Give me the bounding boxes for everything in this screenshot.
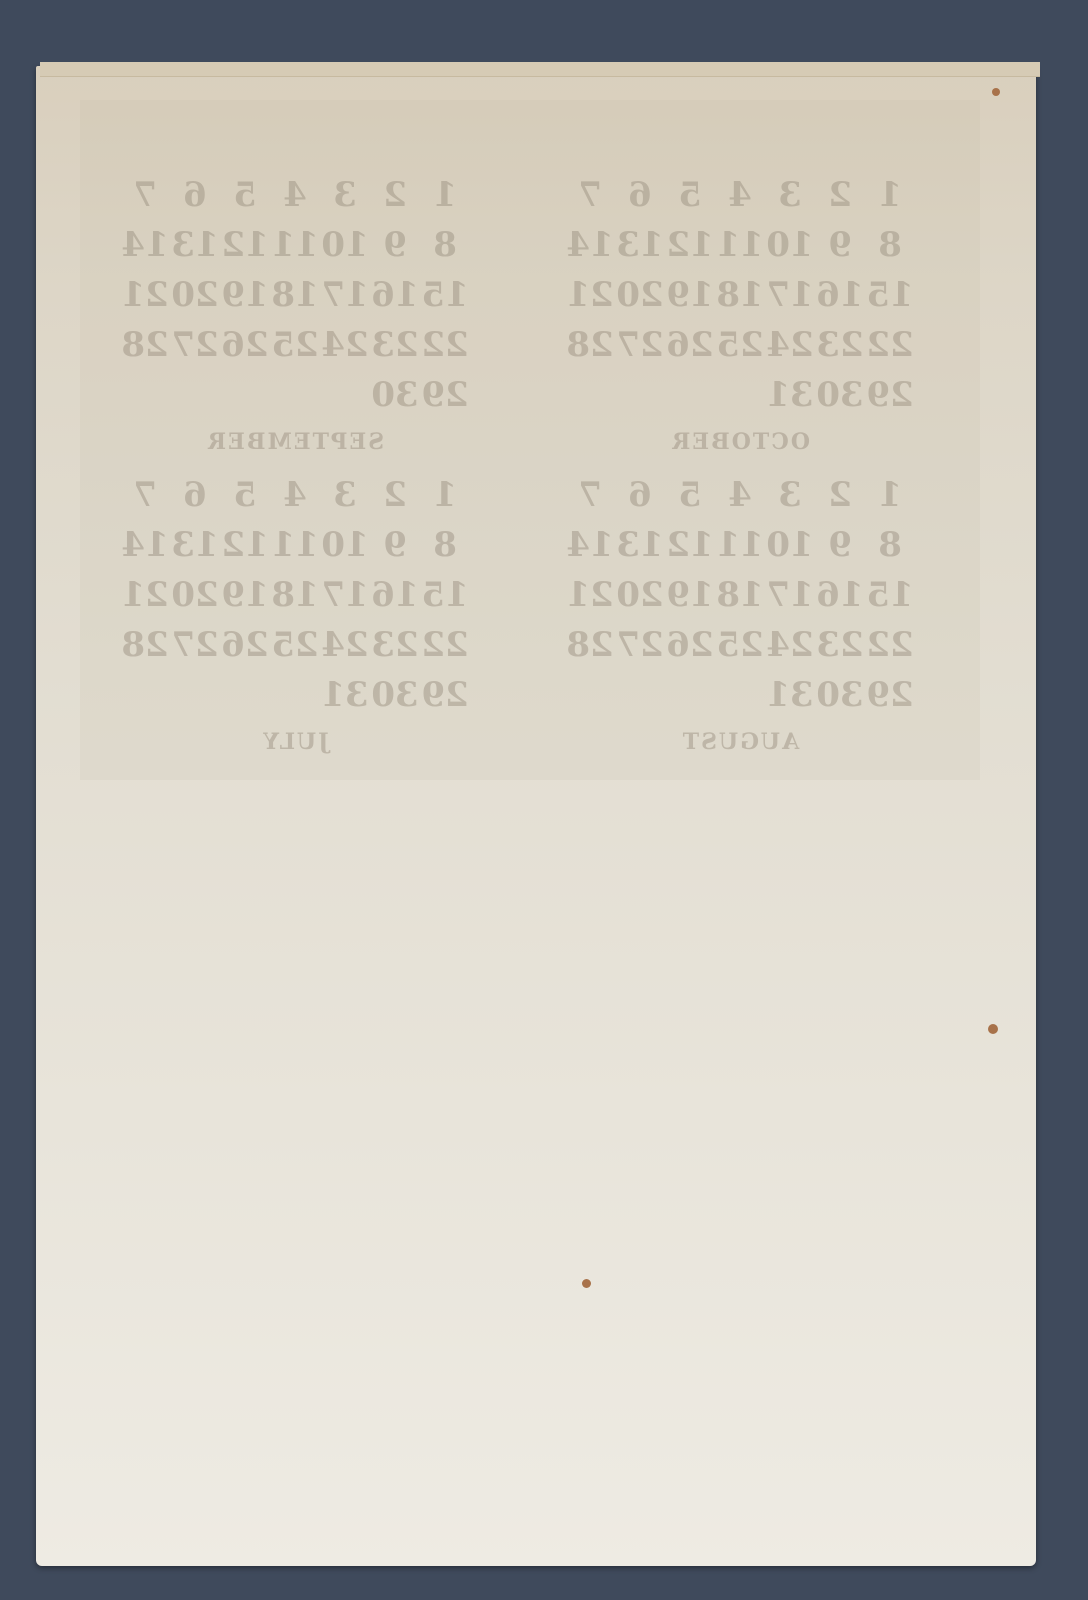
day-cell: 9 [815,225,865,265]
day-cell: 8 [865,525,915,565]
day-cell: 29 [865,375,915,415]
day-cell: 23 [815,625,865,665]
day-cell: 3 [320,475,370,515]
day-cell: 6 [170,475,220,515]
month-title: JULY [120,729,470,755]
day-cell: 27 [170,325,220,365]
day-cell: 2 [370,175,420,215]
day-cell: 16 [370,275,420,315]
day-cell: 18 [715,575,765,615]
day-cell: 12 [220,225,270,265]
day-cell: 29 [865,675,915,715]
day-cell: 24 [320,325,370,365]
day-cell: 22 [865,325,915,365]
day-cell: 1 [865,175,915,215]
day-cell: 26 [220,625,270,665]
day-cell: 26 [220,325,270,365]
day-cell: 25 [715,325,765,365]
day-cell: 10 [320,525,370,565]
day-cell: 17 [765,275,815,315]
day-cell: 12 [665,525,715,565]
day-cell: 24 [765,325,815,365]
day-cell: 9 [370,525,420,565]
day-cell: 1 [865,475,915,515]
day-cell: 2 [815,475,865,515]
day-cell: 31 [765,675,815,715]
day-cell: 21 [120,275,170,315]
day-cell: 27 [615,625,665,665]
day-cell: 15 [420,575,470,615]
day-cell: 27 [615,325,665,365]
day-cell: 15 [865,575,915,615]
day-cell: 5 [665,175,715,215]
day-cell: 2 [815,175,865,215]
day-cell: 29 [420,375,470,415]
day-cell: 21 [565,275,615,315]
month-september-mirrored: 1234567891011121314151617181920212223242… [120,175,470,455]
day-cell: 5 [220,175,270,215]
day-grid: 1234567891011121314151617181920212223242… [565,475,915,715]
day-cell: 19 [220,575,270,615]
day-cell: 26 [665,325,715,365]
day-cell: 7 [565,475,615,515]
day-cell: 1 [420,475,470,515]
day-cell: 31 [765,375,815,415]
day-cell: 4 [270,475,320,515]
month-title: SEPTEMBER [120,429,470,455]
day-cell: 19 [220,275,270,315]
day-cell: 31 [320,675,370,715]
day-cell: 28 [565,325,615,365]
day-cell: 30 [815,375,865,415]
day-cell: 10 [765,225,815,265]
day-cell: 8 [420,225,470,265]
day-cell: 11 [270,225,320,265]
day-cell: 25 [270,625,320,665]
day-cell: 25 [270,325,320,365]
day-cell: 17 [320,275,370,315]
day-cell: 13 [170,525,220,565]
day-cell: 19 [665,275,715,315]
day-cell: 21 [120,575,170,615]
stain-spot [582,1279,591,1288]
day-cell: 6 [615,475,665,515]
day-cell: 14 [565,525,615,565]
day-grid: 1234567891011121314151617181920212223242… [120,175,470,415]
day-cell: 10 [765,525,815,565]
day-grid: 1234567891011121314151617181920212223242… [120,475,470,715]
day-cell: 23 [370,325,420,365]
day-grid: 1234567891011121314151617181920212223242… [565,175,915,415]
day-cell: 8 [865,225,915,265]
day-cell: 16 [815,275,865,315]
day-cell: 20 [170,575,220,615]
day-cell: 5 [665,475,715,515]
day-cell: 18 [715,275,765,315]
day-cell: 17 [320,575,370,615]
day-cell: 24 [765,625,815,665]
day-cell: 16 [815,575,865,615]
month-august-mirrored: 1234567891011121314151617181920212223242… [565,475,915,755]
day-cell: 11 [270,525,320,565]
day-cell: 11 [715,525,765,565]
day-cell: 23 [370,625,420,665]
stain-spot [988,1024,998,1034]
day-cell: 14 [120,525,170,565]
day-cell: 7 [565,175,615,215]
day-cell: 5 [220,475,270,515]
day-cell: 22 [420,325,470,365]
day-cell: 20 [615,275,665,315]
day-cell: 28 [565,625,615,665]
day-cell: 2 [370,475,420,515]
day-cell: 7 [120,175,170,215]
day-cell: 28 [120,325,170,365]
day-cell: 29 [420,675,470,715]
sheet-top-binding [40,62,1040,77]
day-cell: 26 [665,625,715,665]
day-cell: 10 [320,225,370,265]
day-cell: 3 [320,175,370,215]
day-cell: 12 [220,525,270,565]
day-cell: 15 [420,275,470,315]
month-july-mirrored: 1234567891011121314151617181920212223242… [120,475,470,755]
day-cell: 3 [765,175,815,215]
month-october-mirrored: 1234567891011121314151617181920212223242… [565,175,915,455]
month-title: AUGUST [565,729,915,755]
day-cell: 4 [270,175,320,215]
day-cell: 16 [370,575,420,615]
day-cell: 13 [615,225,665,265]
day-cell: 8 [420,525,470,565]
day-cell: 4 [715,175,765,215]
day-cell: 25 [715,625,765,665]
day-cell: 30 [370,675,420,715]
day-cell: 14 [120,225,170,265]
day-cell: 17 [765,575,815,615]
day-cell: 22 [865,625,915,665]
day-cell: 20 [170,275,220,315]
day-cell: 1 [420,175,470,215]
day-cell: 4 [715,475,765,515]
day-cell: 24 [320,625,370,665]
day-cell: 11 [715,225,765,265]
month-title: OCTOBER [565,429,915,455]
day-cell: 20 [615,575,665,615]
day-cell: 14 [565,225,615,265]
day-cell: 22 [420,625,470,665]
stain-spot [992,88,1000,96]
day-cell: 21 [565,575,615,615]
day-cell: 9 [370,225,420,265]
day-cell: 6 [615,175,665,215]
day-cell: 3 [765,475,815,515]
day-cell: 19 [665,575,715,615]
day-cell: 9 [815,525,865,565]
day-cell: 23 [815,325,865,365]
day-cell: 7 [120,475,170,515]
day-cell: 18 [270,575,320,615]
day-cell: 30 [815,675,865,715]
day-cell: 13 [615,525,665,565]
day-cell: 30 [370,375,420,415]
day-cell: 27 [170,625,220,665]
day-cell: 28 [120,625,170,665]
day-cell: 6 [170,175,220,215]
day-cell: 13 [170,225,220,265]
day-cell: 12 [665,225,715,265]
day-cell: 15 [865,275,915,315]
day-cell: 18 [270,275,320,315]
